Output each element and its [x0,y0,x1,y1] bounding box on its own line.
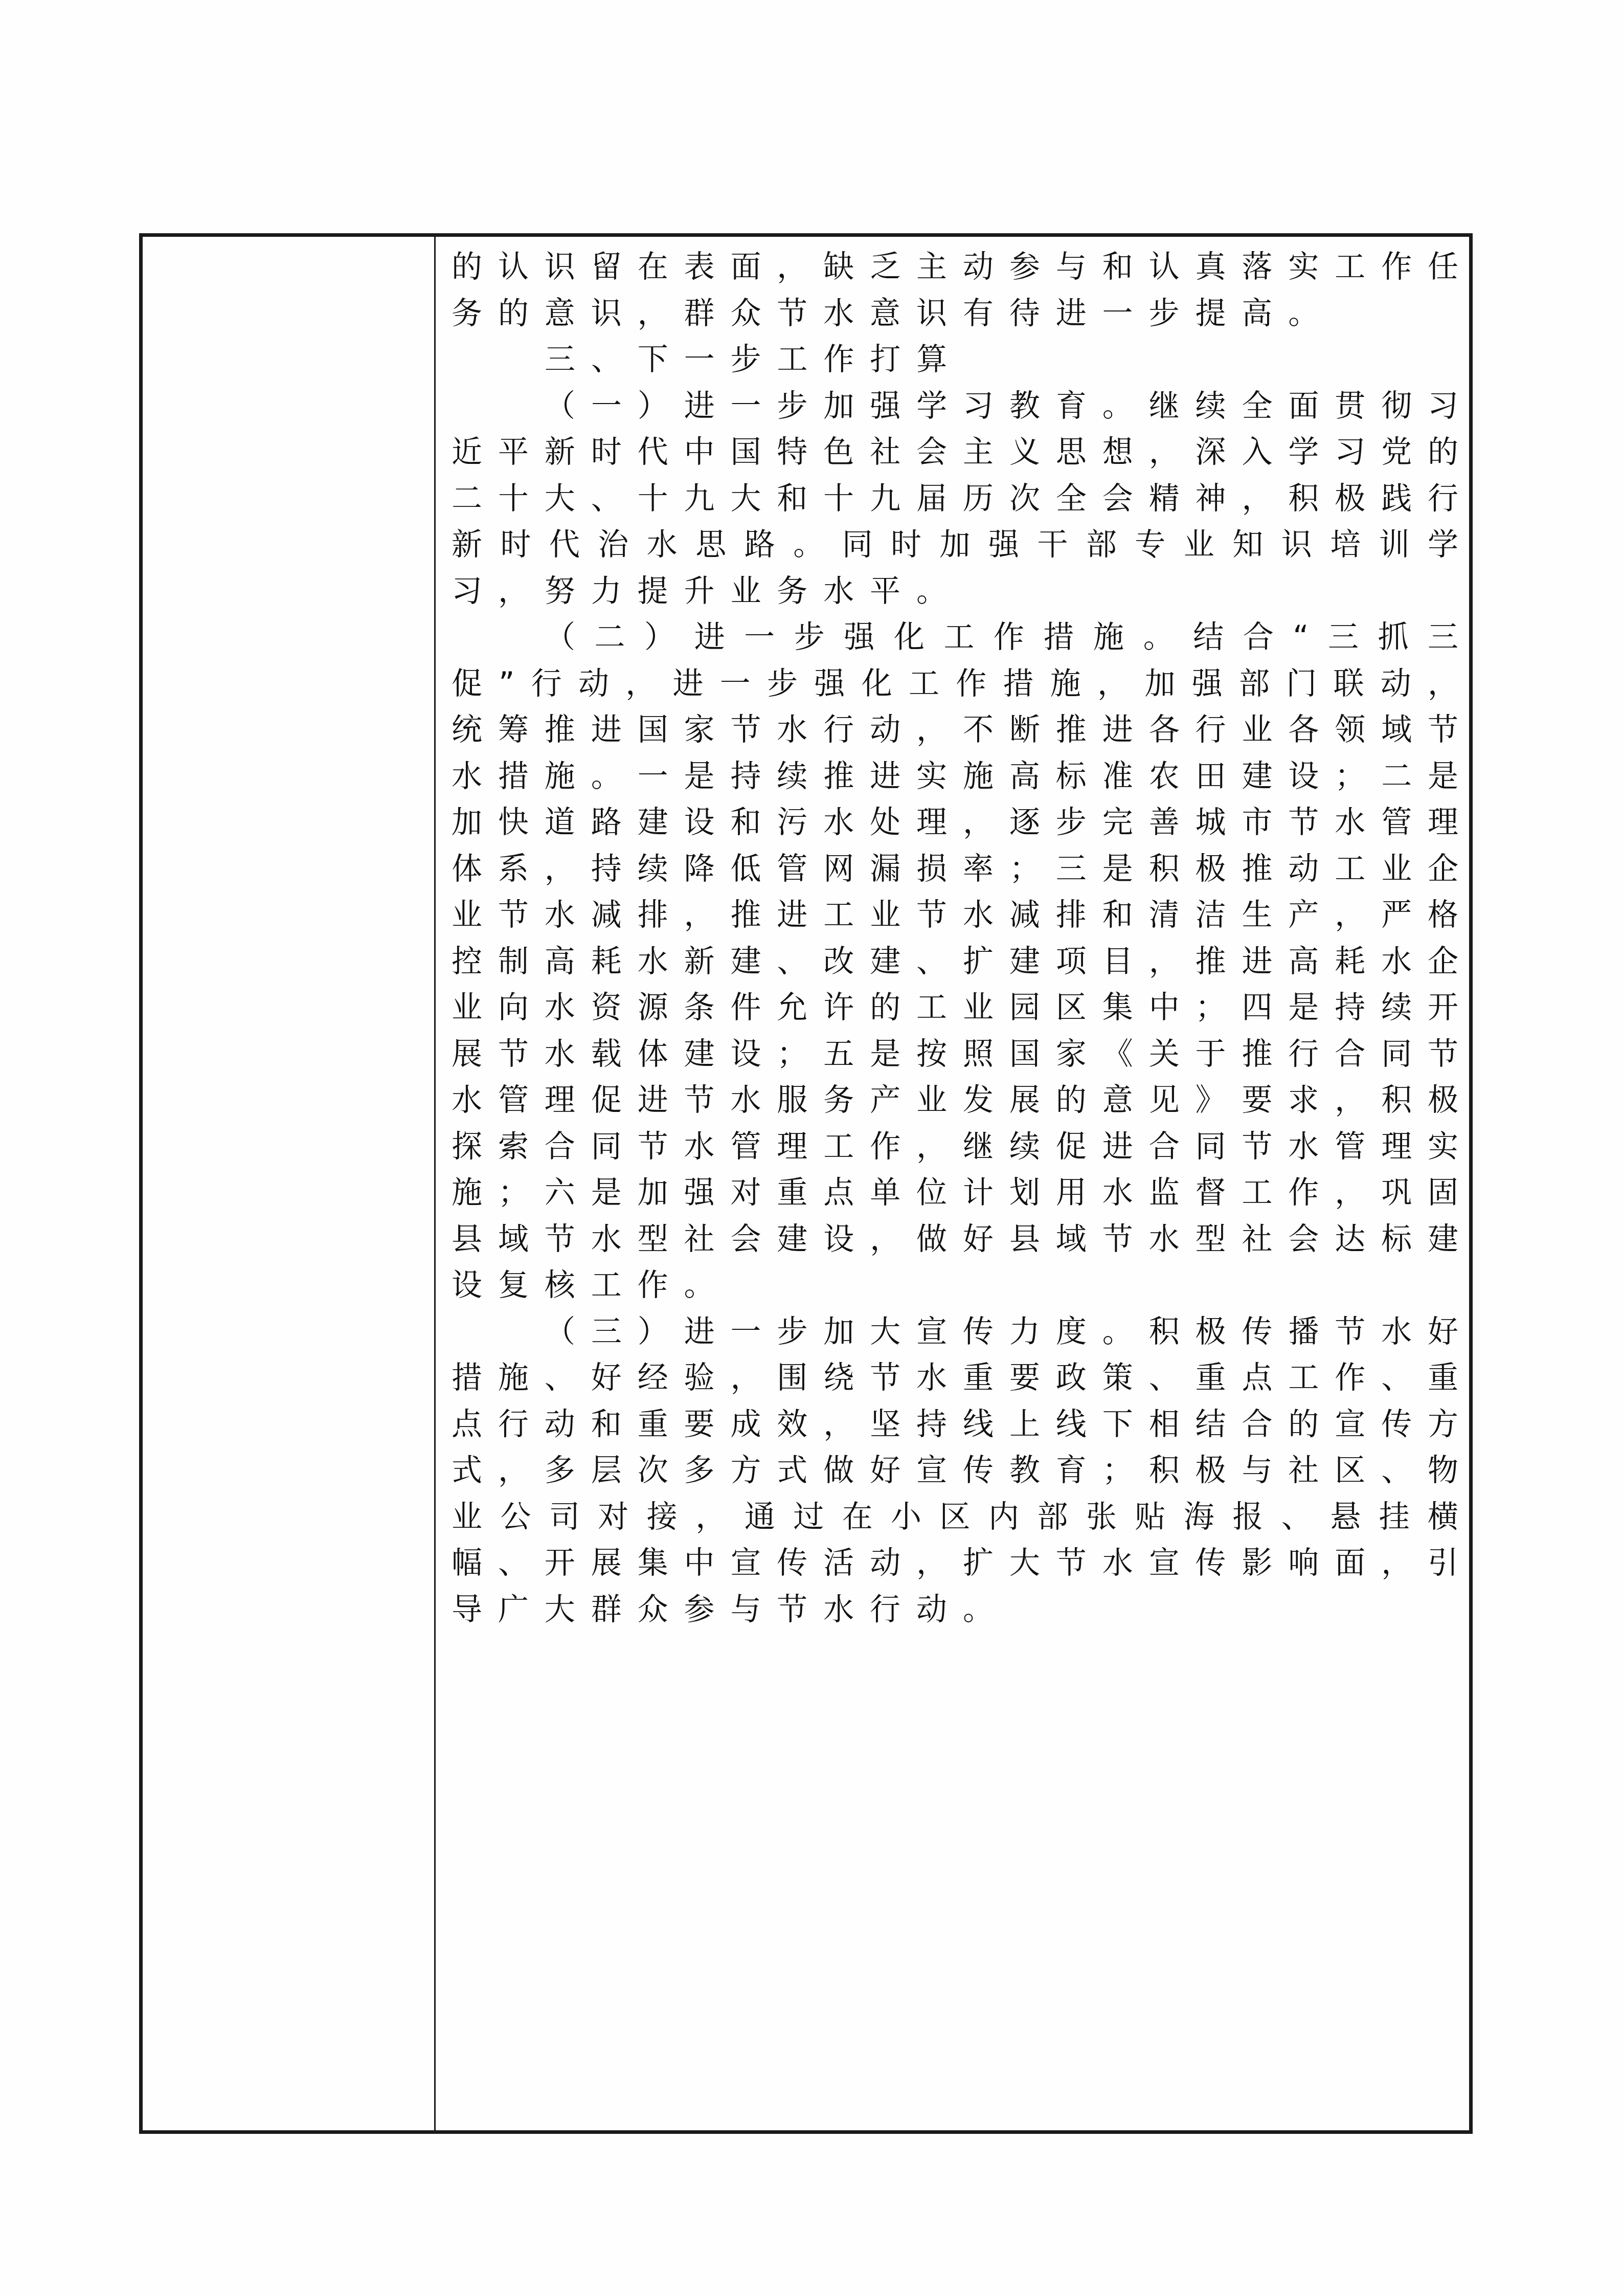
table-label-cell [143,237,434,2130]
document-page: 的认识留在表面，缺乏主动参与和认真落实工作任务的意识，群众节水意识有待进一步提高… [0,0,1623,2296]
paragraph-study-education: （一）进一步加强学习教育。继续全面贯彻习近平新时代中国特色社会主义思想，深入学习… [452,383,1474,615]
form-table: 的认识留在表面，缺乏主动参与和认真落实工作任务的意识，群众节水意识有待进一步提高… [139,233,1473,2134]
paragraph-publicity: （三）进一步加大宣传力度。积极传播节水好措施、好经验，围绕节水重要政策、重点工作… [452,1309,1474,1633]
column-divider [434,237,436,2130]
section-heading: 三、下一步工作打算 [452,337,1474,383]
table-content-cell: 的认识留在表面，缺乏主动参与和认真落实工作任务的意识，群众节水意识有待进一步提高… [452,244,1474,1633]
paragraph-work-measures: （二）进一步强化工作措施。结合“三抓三促”行动，进一步强化工作措施，加强部门联动… [452,614,1474,1309]
paragraph-continuation: 的认识留在表面，缺乏主动参与和认真落实工作任务的意识，群众节水意识有待进一步提高… [452,244,1474,337]
